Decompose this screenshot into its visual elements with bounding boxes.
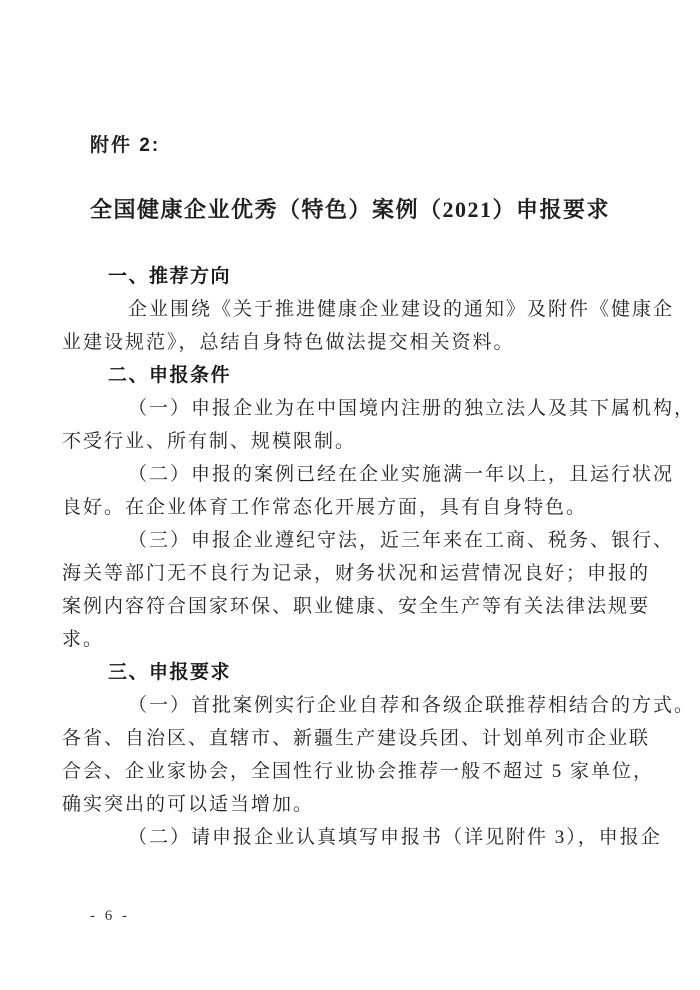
text-line: 业建设规范》，总结自身特色做法提交相关资料。 [62, 326, 640, 359]
text-line: （一）申报企业为在中国境内注册的独立法人及其下属机构， [62, 392, 640, 425]
section-heading-1: 一、推荐方向 [62, 260, 640, 293]
section-heading-3: 三、申报要求 [62, 656, 640, 689]
document-page: 附件 2: 全国健康企业优秀（特色）案例（2021）申报要求 一、推荐方向 企业… [0, 0, 700, 990]
text-line: 合会、企业家协会，全国性行业协会推荐一般不超过 5 家单位， [62, 755, 640, 788]
text-line: 确实突出的可以适当增加。 [62, 788, 640, 821]
text-line: 良好。在企业体育工作常态化开展方面，具有自身特色。 [62, 491, 640, 524]
text-line: 不受行业、所有制、规模限制。 [62, 425, 640, 458]
page-number: - 6 - [90, 908, 130, 925]
text-line: 海关等部门无不良行为记录，财务状况和运营情况良好；申报的 [62, 557, 640, 590]
attachment-label: 附件 2: [90, 130, 160, 157]
text-line: 求。 [62, 623, 640, 656]
text-line: 案例内容符合国家环保、职业健康、安全生产等有关法律法规要 [62, 590, 640, 623]
document-title: 全国健康企业优秀（特色）案例（2021）申报要求 [0, 193, 700, 224]
text-line: （一）首批案例实行企业自荐和各级企联推荐相结合的方式。 [62, 689, 640, 722]
text-line: 各省、自治区、直辖市、新疆生产建设兵团、计划单列市企业联 [62, 722, 640, 755]
text-line: （三）申报企业遵纪守法，近三年来在工商、税务、银行、 [62, 524, 640, 557]
section-heading-2: 二、申报条件 [62, 359, 640, 392]
text-line: （二）请申报企业认真填写申报书（详见附件 3），申报企 [62, 821, 640, 854]
text-line: 企业围绕《关于推进健康企业建设的通知》及附件《健康企 [62, 293, 640, 326]
document-body: 一、推荐方向 企业围绕《关于推进健康企业建设的通知》及附件《健康企 业建设规范》… [62, 260, 640, 854]
text-line: （二）申报的案例已经在企业实施满一年以上，且运行状况 [62, 458, 640, 491]
